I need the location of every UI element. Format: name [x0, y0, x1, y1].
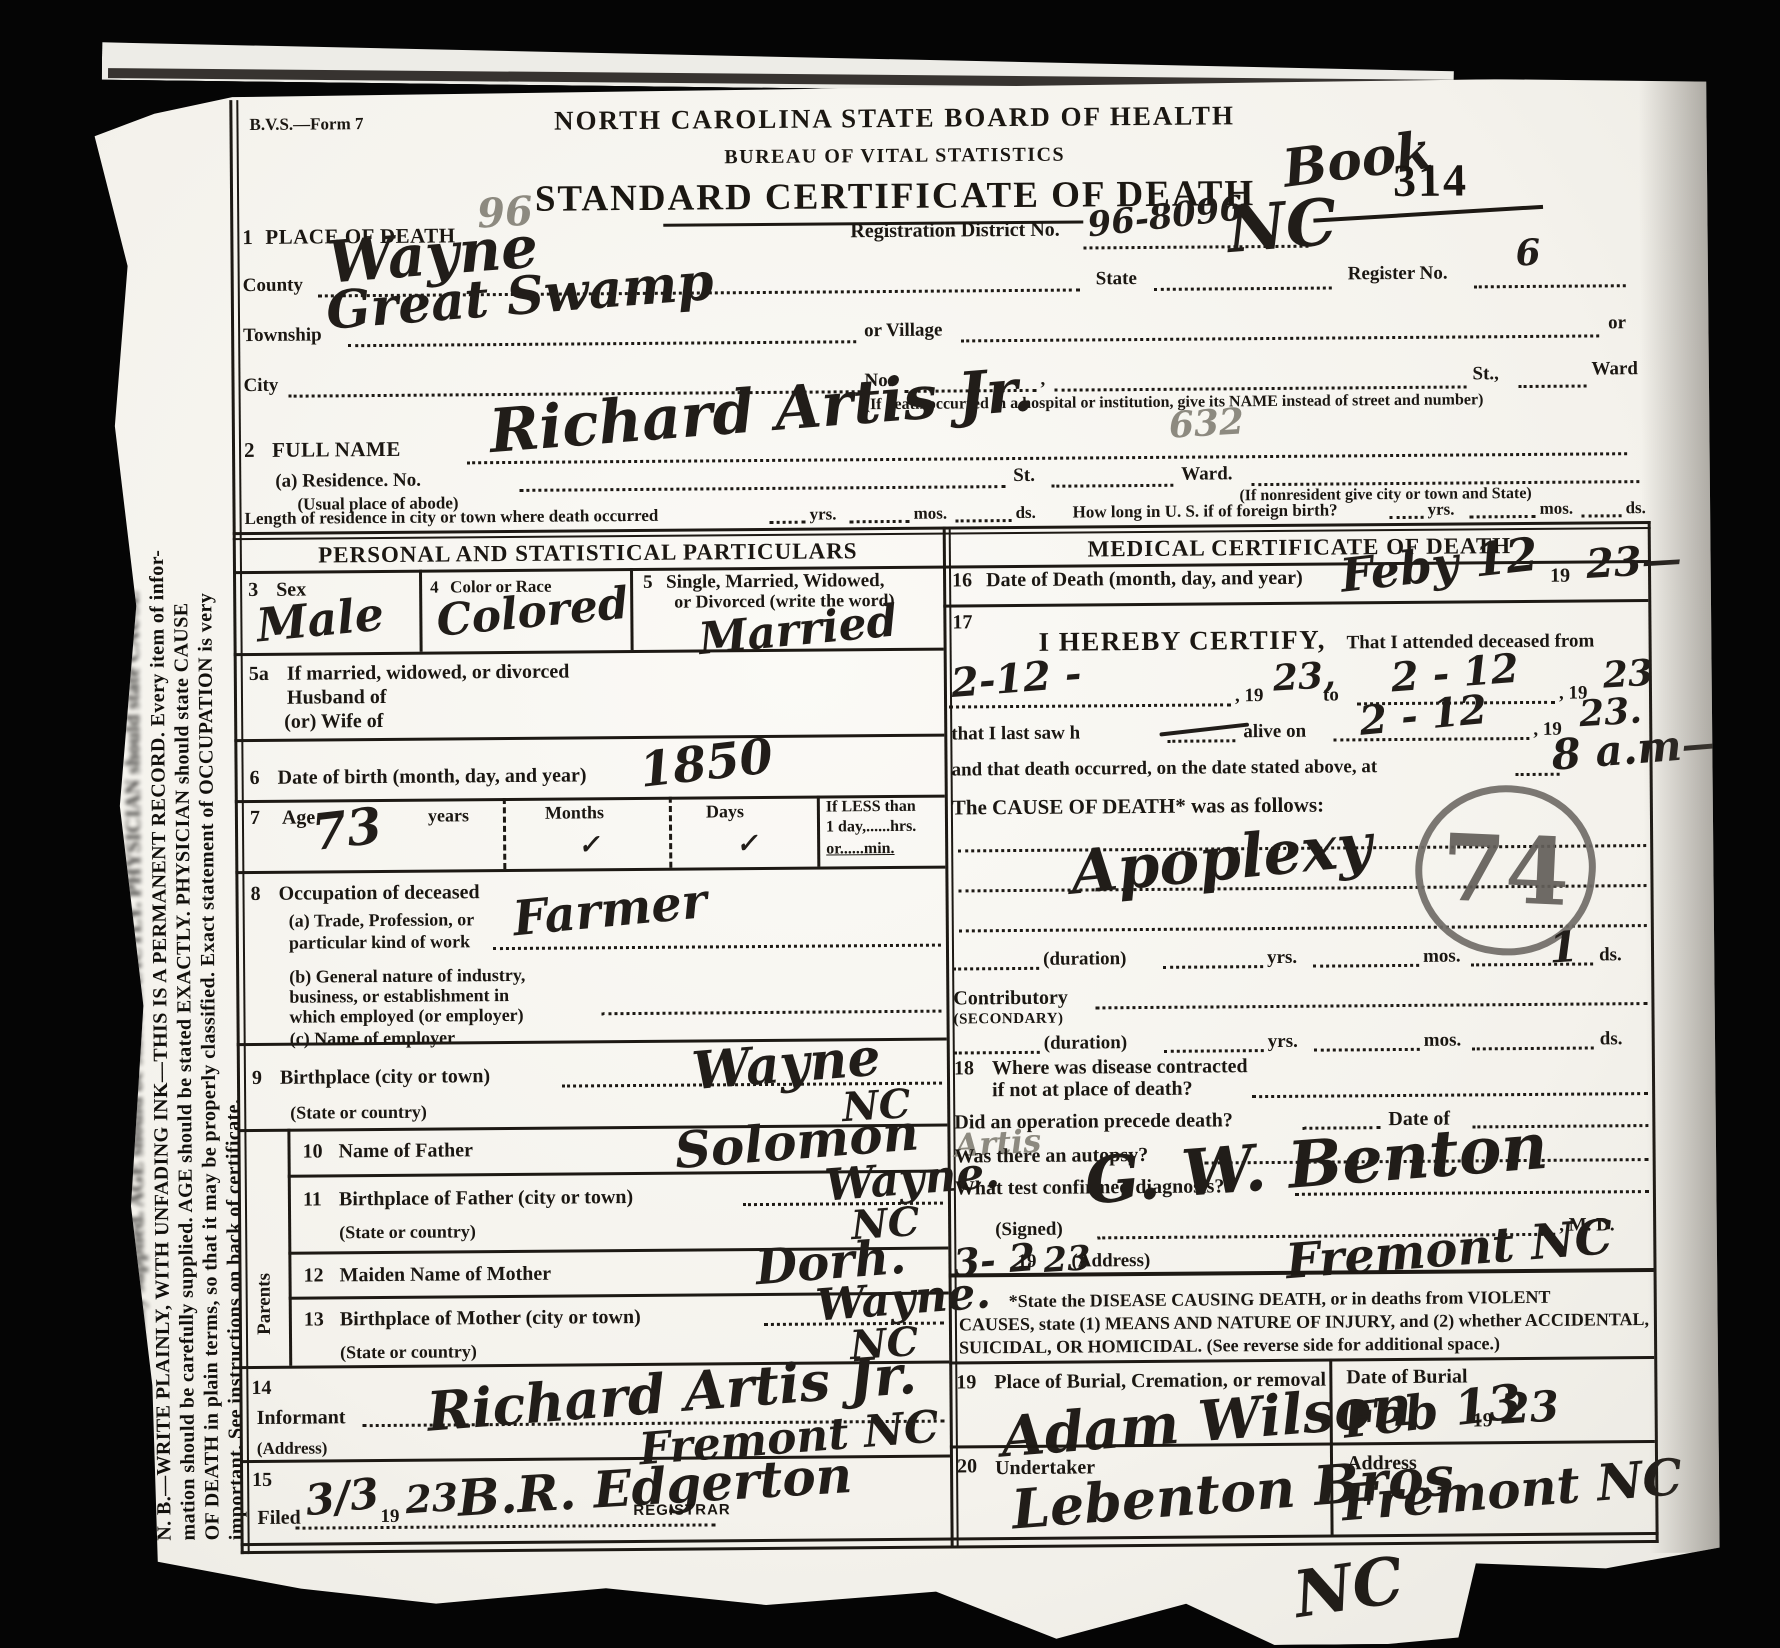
birthplace-sub-label: (State or country)	[290, 1102, 427, 1124]
or-village-label: or Village	[864, 320, 942, 343]
dotted-leader	[1055, 385, 1467, 391]
dotted-leader	[954, 1051, 1040, 1055]
board-title: NORTH CAROLINA STATE BOARD OF HEALTH	[414, 99, 1374, 138]
parents-inner-divider	[287, 1129, 292, 1366]
dotted-leader	[1252, 1092, 1648, 1098]
dotted-leader	[1519, 385, 1587, 389]
age-less-label-2: 1 day,......hrs.	[826, 818, 916, 837]
age-less-label-1: If LESS than	[826, 798, 916, 817]
to-word: to	[1323, 684, 1339, 706]
contributory-label: Contributory	[953, 987, 1068, 1011]
ds-label: ds.	[1600, 1028, 1623, 1050]
mother-birthplace-label: Birthplace of Mother (city or town)	[340, 1306, 641, 1331]
occupation-value: Farmer	[511, 877, 709, 943]
filed-number: 15	[252, 1469, 272, 1492]
s5a-wife-label: (or) Wife of	[284, 710, 383, 734]
dotted-leader	[961, 334, 1599, 342]
signed-address-label: (Address)	[1071, 1250, 1150, 1273]
s5a-husband-label: Husband of	[287, 686, 387, 710]
register-no-value: 6	[1514, 234, 1541, 271]
sex-race-divider	[419, 570, 423, 652]
occupation-b3: which employed (or employer)	[289, 1005, 523, 1028]
dotted-leader	[1582, 514, 1622, 517]
age-months-divider	[503, 798, 507, 869]
city-st-label: St.,	[1472, 363, 1499, 385]
s5a-label: If married, widowed, or divorced	[287, 661, 570, 686]
yrs-label: yrs.	[1267, 947, 1297, 969]
dotted-leader	[953, 967, 1039, 971]
dob-number: 6	[250, 767, 260, 790]
dob-value: 1850	[637, 732, 775, 795]
margin-ghost-line: N. B.—WRITE PLAINLY, WITH UNFADING INK—T…	[92, 326, 127, 1536]
cause-of-death-label: The CAUSE OF DEATH* was as follows:	[952, 793, 1324, 821]
informant-number: 14	[251, 1377, 271, 1400]
dotted-leader	[601, 1010, 941, 1016]
full-name-number: 2	[244, 438, 255, 463]
occupation-a2: particular kind of work	[289, 931, 470, 953]
birthplace-label: Birthplace (city or town)	[280, 1065, 490, 1090]
stamp-number: 74	[1439, 813, 1572, 927]
duration-days-value: 1	[1548, 926, 1580, 970]
comma-mark: ,	[1040, 369, 1045, 391]
age-years-label: years	[428, 805, 469, 826]
filed-year-preprint: 19	[380, 1506, 399, 1528]
physician-address-value: Fremont NC	[1284, 1213, 1614, 1286]
state-label: State	[1096, 268, 1137, 290]
age-days-check: ✓	[735, 830, 758, 857]
register-no-label: Register No.	[1348, 263, 1448, 286]
rule	[943, 599, 1648, 608]
place-of-death-number: 1	[242, 225, 253, 250]
sex-value: Male	[254, 591, 385, 649]
dotted-leader	[850, 520, 910, 523]
page-curl-shadow	[1638, 78, 1720, 1554]
from-year-preprint: , 19	[1235, 685, 1264, 707]
operation-label: Did an operation precede death?	[954, 1109, 1233, 1134]
certificate-page: N. B.—WRITE PLAINLY, WITH UNFADING INK—T…	[0, 0, 1780, 1648]
yrs-label: yrs.	[809, 504, 836, 524]
dotted-leader	[1390, 516, 1424, 519]
mother-birthplace-sub: (State or country)	[340, 1341, 477, 1363]
full-name-value: Richard Artis Jr.	[487, 360, 1035, 462]
father-number: 10	[302, 1140, 322, 1163]
or-word: or	[1608, 312, 1626, 334]
cause-of-death-value: Apoplexy	[1068, 815, 1374, 903]
filed-date-value: 3/3	[303, 1472, 381, 1522]
certify-number: 17	[952, 611, 972, 634]
dotted-leader	[1313, 964, 1419, 968]
age-less-label-3: or......min.	[826, 840, 894, 859]
dotted-leader	[348, 340, 856, 347]
duration-label: (duration)	[1043, 948, 1127, 971]
footnote-line1: *State the DISEASE CAUSING DEATH, or in …	[1009, 1287, 1551, 1312]
yrs-label: yrs.	[1268, 1031, 1298, 1053]
footnote-line2: CAUSES, state (1) MEANS AND NATURE OF IN…	[959, 1309, 1649, 1335]
informant-label: Informant	[257, 1406, 346, 1430]
rule	[234, 734, 944, 743]
father-birthplace-sub: (State or country)	[339, 1221, 476, 1243]
s5a-number: 5a	[249, 663, 269, 686]
burial-number: 19	[956, 1371, 976, 1394]
age-days-label: Days	[706, 801, 744, 822]
father-birthplace-number: 11	[303, 1188, 322, 1211]
parents-vertical-label: Parents	[253, 1175, 276, 1335]
mos-label: mos.	[1539, 499, 1573, 519]
occupation-number: 8	[250, 883, 260, 906]
personal-section-header: PERSONAL AND STATISTICAL PARTICULARS	[233, 538, 943, 570]
registration-district-label: Registration District No.	[850, 219, 1060, 244]
bureau-title: BUREAU OF VITAL STATISTICS	[415, 141, 1375, 172]
dob-label: Date of birth (month, day, and year)	[278, 764, 587, 789]
dotted-leader	[1163, 965, 1263, 969]
occupation-label: Occupation of deceased	[278, 881, 479, 906]
city-label: City	[243, 375, 278, 397]
foreign-birth-label: How long in U. S. if of foreign birth?	[1072, 500, 1337, 522]
occupation-a1: (a) Trade, Profession, or	[289, 909, 475, 931]
yrs-label: yrs.	[1427, 500, 1454, 520]
father-label: Name of Father	[338, 1139, 473, 1163]
dotted-leader	[1167, 739, 1235, 743]
registrar-label: REGISTRAR	[633, 1501, 730, 1519]
city-ward-label: Ward	[1591, 358, 1638, 380]
mother-number: 12	[303, 1264, 323, 1287]
age-days-divider	[669, 797, 673, 868]
s18-number: 18	[954, 1057, 974, 1080]
certify-bold-label: I HEREBY CERTIFY,	[1038, 625, 1326, 658]
mos-label: mos.	[1424, 1030, 1462, 1052]
death-date-year-preprint: 19	[1550, 565, 1570, 588]
occupation-c: (c) Name of employer	[290, 1027, 456, 1049]
last-saw-label: that I last saw h	[951, 723, 1080, 746]
s18-line1: Where was disease contracted	[992, 1055, 1248, 1080]
dotted-leader	[1095, 1002, 1647, 1009]
dotted-leader	[1154, 287, 1332, 291]
pen-strike	[1159, 722, 1249, 736]
mother-birthplace-number: 13	[304, 1308, 324, 1331]
death-date-number: 16	[952, 569, 972, 592]
ds-label: ds.	[1599, 944, 1622, 966]
burial-year-value: 23	[1499, 1385, 1560, 1430]
dotted-leader	[770, 521, 806, 524]
rule	[235, 866, 945, 875]
race-number: 4	[430, 578, 439, 598]
dotted-leader	[1051, 484, 1173, 488]
dotted-leader	[1472, 1046, 1594, 1050]
dotted-leader	[1470, 515, 1536, 519]
undertaker-number: 20	[957, 1455, 977, 1478]
mos-label: mos.	[1423, 946, 1461, 968]
marital-number: 5	[643, 572, 653, 594]
dotted-leader	[949, 703, 1231, 708]
secondary-label: (SECONDARY)	[953, 1011, 1063, 1029]
book-stamp: 314	[1393, 153, 1468, 207]
informant-address-label: (Address)	[257, 1438, 328, 1459]
dotted-leader	[519, 485, 1005, 492]
age-value: 73	[309, 801, 384, 859]
county-label: County	[243, 275, 303, 297]
dotted-leader	[956, 519, 1012, 522]
father-birthplace-label: Birthplace of Father (city or town)	[339, 1186, 633, 1211]
dotted-leader	[296, 1523, 716, 1529]
age-less-box-divider	[817, 796, 821, 867]
signed-year-preprint: 19	[1017, 1251, 1036, 1273]
residence-st-label: St.	[1013, 465, 1035, 487]
filed-year-value: 23	[404, 1478, 459, 1519]
scanned-death-certificate: N. B.—WRITE PLAINLY, WITH UNFADING INK—T…	[0, 0, 1780, 1648]
form-number: B.V.S.—Form 7	[249, 114, 363, 135]
registration-district-state: NC	[1225, 191, 1339, 263]
dotted-leader	[493, 944, 941, 951]
death-date-label: Date of Death (month, day, and year)	[986, 567, 1303, 592]
alive-on-label: alive on	[1243, 721, 1306, 743]
age-months-check: ✓	[577, 832, 600, 859]
ds-label: ds.	[1015, 503, 1035, 523]
township-label: Township	[243, 324, 322, 347]
burial-year-preprint: 19	[1473, 1409, 1493, 1432]
footnote-line3: SUICIDAL, OR HOMICIDAL. (See reverse sid…	[959, 1333, 1500, 1358]
last-saw-value: 2 - 12	[1358, 690, 1489, 742]
dotted-leader	[1164, 1049, 1264, 1053]
mother-label: Maiden Name of Mother	[339, 1263, 551, 1288]
medical-section-header: MEDICAL CERTIFICATE OF DEATH	[951, 532, 1648, 563]
length-residence-label: Length of residence in city or town wher…	[245, 506, 659, 529]
death-occurred-label: and that death occurred, on the date sta…	[951, 756, 1377, 781]
birthplace-number: 9	[252, 1067, 262, 1090]
filed-label: Filed	[257, 1507, 301, 1530]
residence-label: (a) Residence. No.	[275, 470, 421, 493]
full-name-pencil: 632	[1168, 403, 1245, 443]
age-months-label: Months	[545, 802, 604, 823]
dotted-leader	[1314, 1048, 1420, 1052]
race-marital-divider	[630, 568, 634, 650]
attended-from-value: 2-12 -	[950, 654, 1083, 704]
full-name-label: FULL NAME	[272, 437, 401, 463]
s18-line2: if not at place of death?	[992, 1078, 1193, 1103]
duration-label-2: (duration)	[1044, 1032, 1128, 1055]
bottom-scribble: NC	[1290, 1549, 1408, 1628]
mos-label: mos.	[913, 504, 947, 524]
residence-ward-label: Ward.	[1181, 463, 1232, 485]
age-number: 7	[250, 807, 260, 830]
dotted-leader	[1474, 284, 1626, 288]
